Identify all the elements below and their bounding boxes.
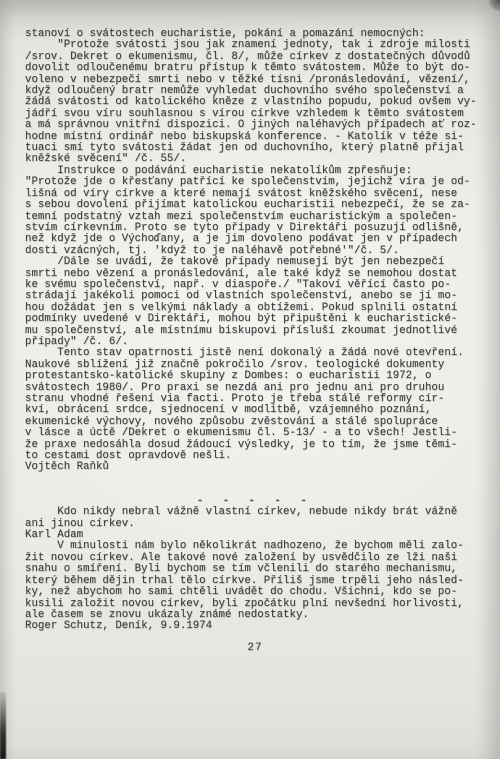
paragraph-tento-stav: Tento stav opatrnosti jistě není dokonal… — [25, 348, 485, 462]
paragraph-karl-adam-quote: Kdo nikdy nebral vážně vlastní církev, n… — [25, 507, 485, 530]
scan-artifact-bottom-left — [0, 692, 6, 759]
paragraph-quote-sacraments: "Protože svátosti jsou jak znamení jedno… — [25, 40, 485, 165]
author-signature-vojtech-ranku: Vojtěch Raňků — [25, 462, 485, 473]
scan-artifact-top-right — [488, 0, 500, 11]
author-signature-roger-schutz: Roger Schutz, Deník, 9.9.1974 — [25, 621, 485, 632]
scanned-document-page: stanoví o svátostech eucharistie, pokání… — [0, 0, 500, 759]
paragraph-dale-note: /Dále se uvádí, že takové případy nemuse… — [25, 257, 485, 348]
paragraph-roger-schutz-quote: V minulosti nám bylo několikrát nadhozen… — [25, 541, 485, 621]
page-number: 27 — [25, 643, 485, 654]
page-content: stanoví o svátostech eucharistie, pokání… — [25, 29, 485, 654]
paragraph-instruction-eucharist: Instrukce o podávání eucharistie nekatol… — [25, 166, 485, 257]
